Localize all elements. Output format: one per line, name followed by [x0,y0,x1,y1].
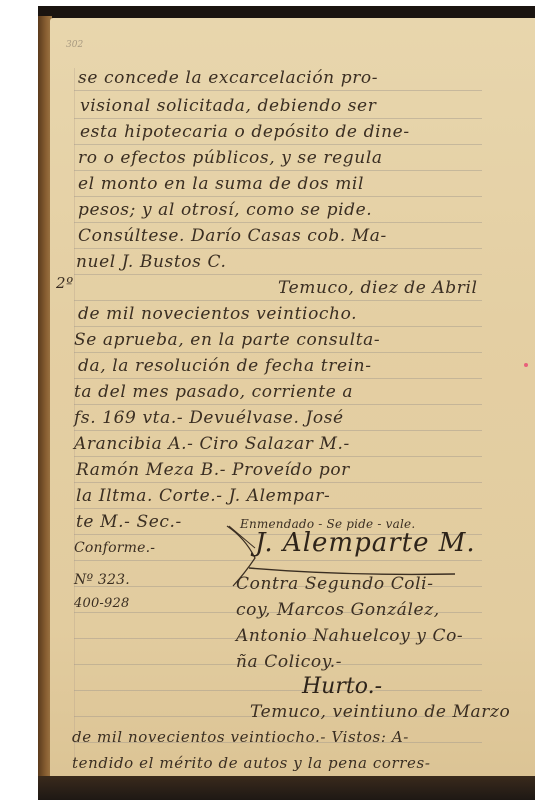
ruled-line [74,482,482,483]
ruled-line [74,170,482,171]
text-line: el monto en la suma de dos mil [78,174,364,194]
parties-line: Antonio Nahuelcoy y Co- [236,626,463,646]
ruled-line [74,274,482,275]
ruled-line [74,430,482,431]
text-line: Ramón Meza B.- Proveído por [76,460,350,480]
ruled-line [74,90,482,91]
text-line: Se aprueba, en la parte consulta- [74,330,380,350]
parties-line: Contra Segundo Coli- [236,574,434,594]
ruled-line [74,196,482,197]
parties-line: ña Colicoy.- [236,652,342,672]
text-line: Arancibia A.- Ciro Salazar M.- [74,434,350,454]
text-line: tendido el mérito de autos y la pena cor… [72,754,431,772]
case-reference: 400-928 [74,596,129,611]
text-line: fs. 169 vta.- Devuélvase. José [74,408,344,428]
ruled-line [74,248,482,249]
ruled-line [74,118,482,119]
text-line: la Iltma. Corte.- J. Alempar- [76,486,330,506]
signature: J. Alemparte M. [255,528,476,558]
ruled-line [74,456,482,457]
red-light-spot [524,363,528,367]
offense-heading: Hurto.- [302,674,382,699]
text-line: esta hipotecaria o depósito de dine- [80,122,410,142]
text-line: da, la resolución de fecha trein- [78,356,372,376]
case-number: Nº 323. [74,572,130,588]
ruled-line [74,508,482,509]
ruled-line [74,300,482,301]
ruled-line [74,352,482,353]
text-line: nuel J. Bustos C. [76,252,226,272]
text-line: pesos; y al otrosí, como se pide. [78,200,372,220]
section-number: 2º [56,274,74,292]
ruled-line [74,378,482,379]
text-line: te M.- Sec.- [76,512,182,532]
text-line: se concede la excarcelación pro- [78,68,378,88]
ruled-line [74,222,482,223]
ruled-line [74,144,482,145]
document-photo: 302 se concede la excarcelación pro- vis… [38,6,535,800]
text-line: Consúltese. Darío Casas cob. Ma- [78,226,387,246]
ruled-line [74,404,482,405]
conforme-label: Conforme.- [74,540,155,556]
ruled-line [74,326,482,327]
ledger-page: 302 se concede la excarcelación pro- vis… [50,18,535,778]
text-line: ro o efectos públicos, y se regula [78,148,383,168]
text-line: de mil novecientos veintiocho.- Vistos: … [72,728,409,746]
parties-line: coy, Marcos González, [236,600,440,620]
text-line: visional solicitada, debiendo ser [80,96,376,116]
ruled-line [74,690,482,691]
text-line: Temuco, veintiuno de Marzo [250,702,510,722]
text-line: ta del mes pasado, corriente a [74,382,353,402]
page-bottom-edge [38,776,535,800]
page-number: 302 [66,40,83,50]
text-line: de mil novecientos veintiocho. [78,304,357,324]
text-line: Temuco, diez de Abril [278,278,478,298]
